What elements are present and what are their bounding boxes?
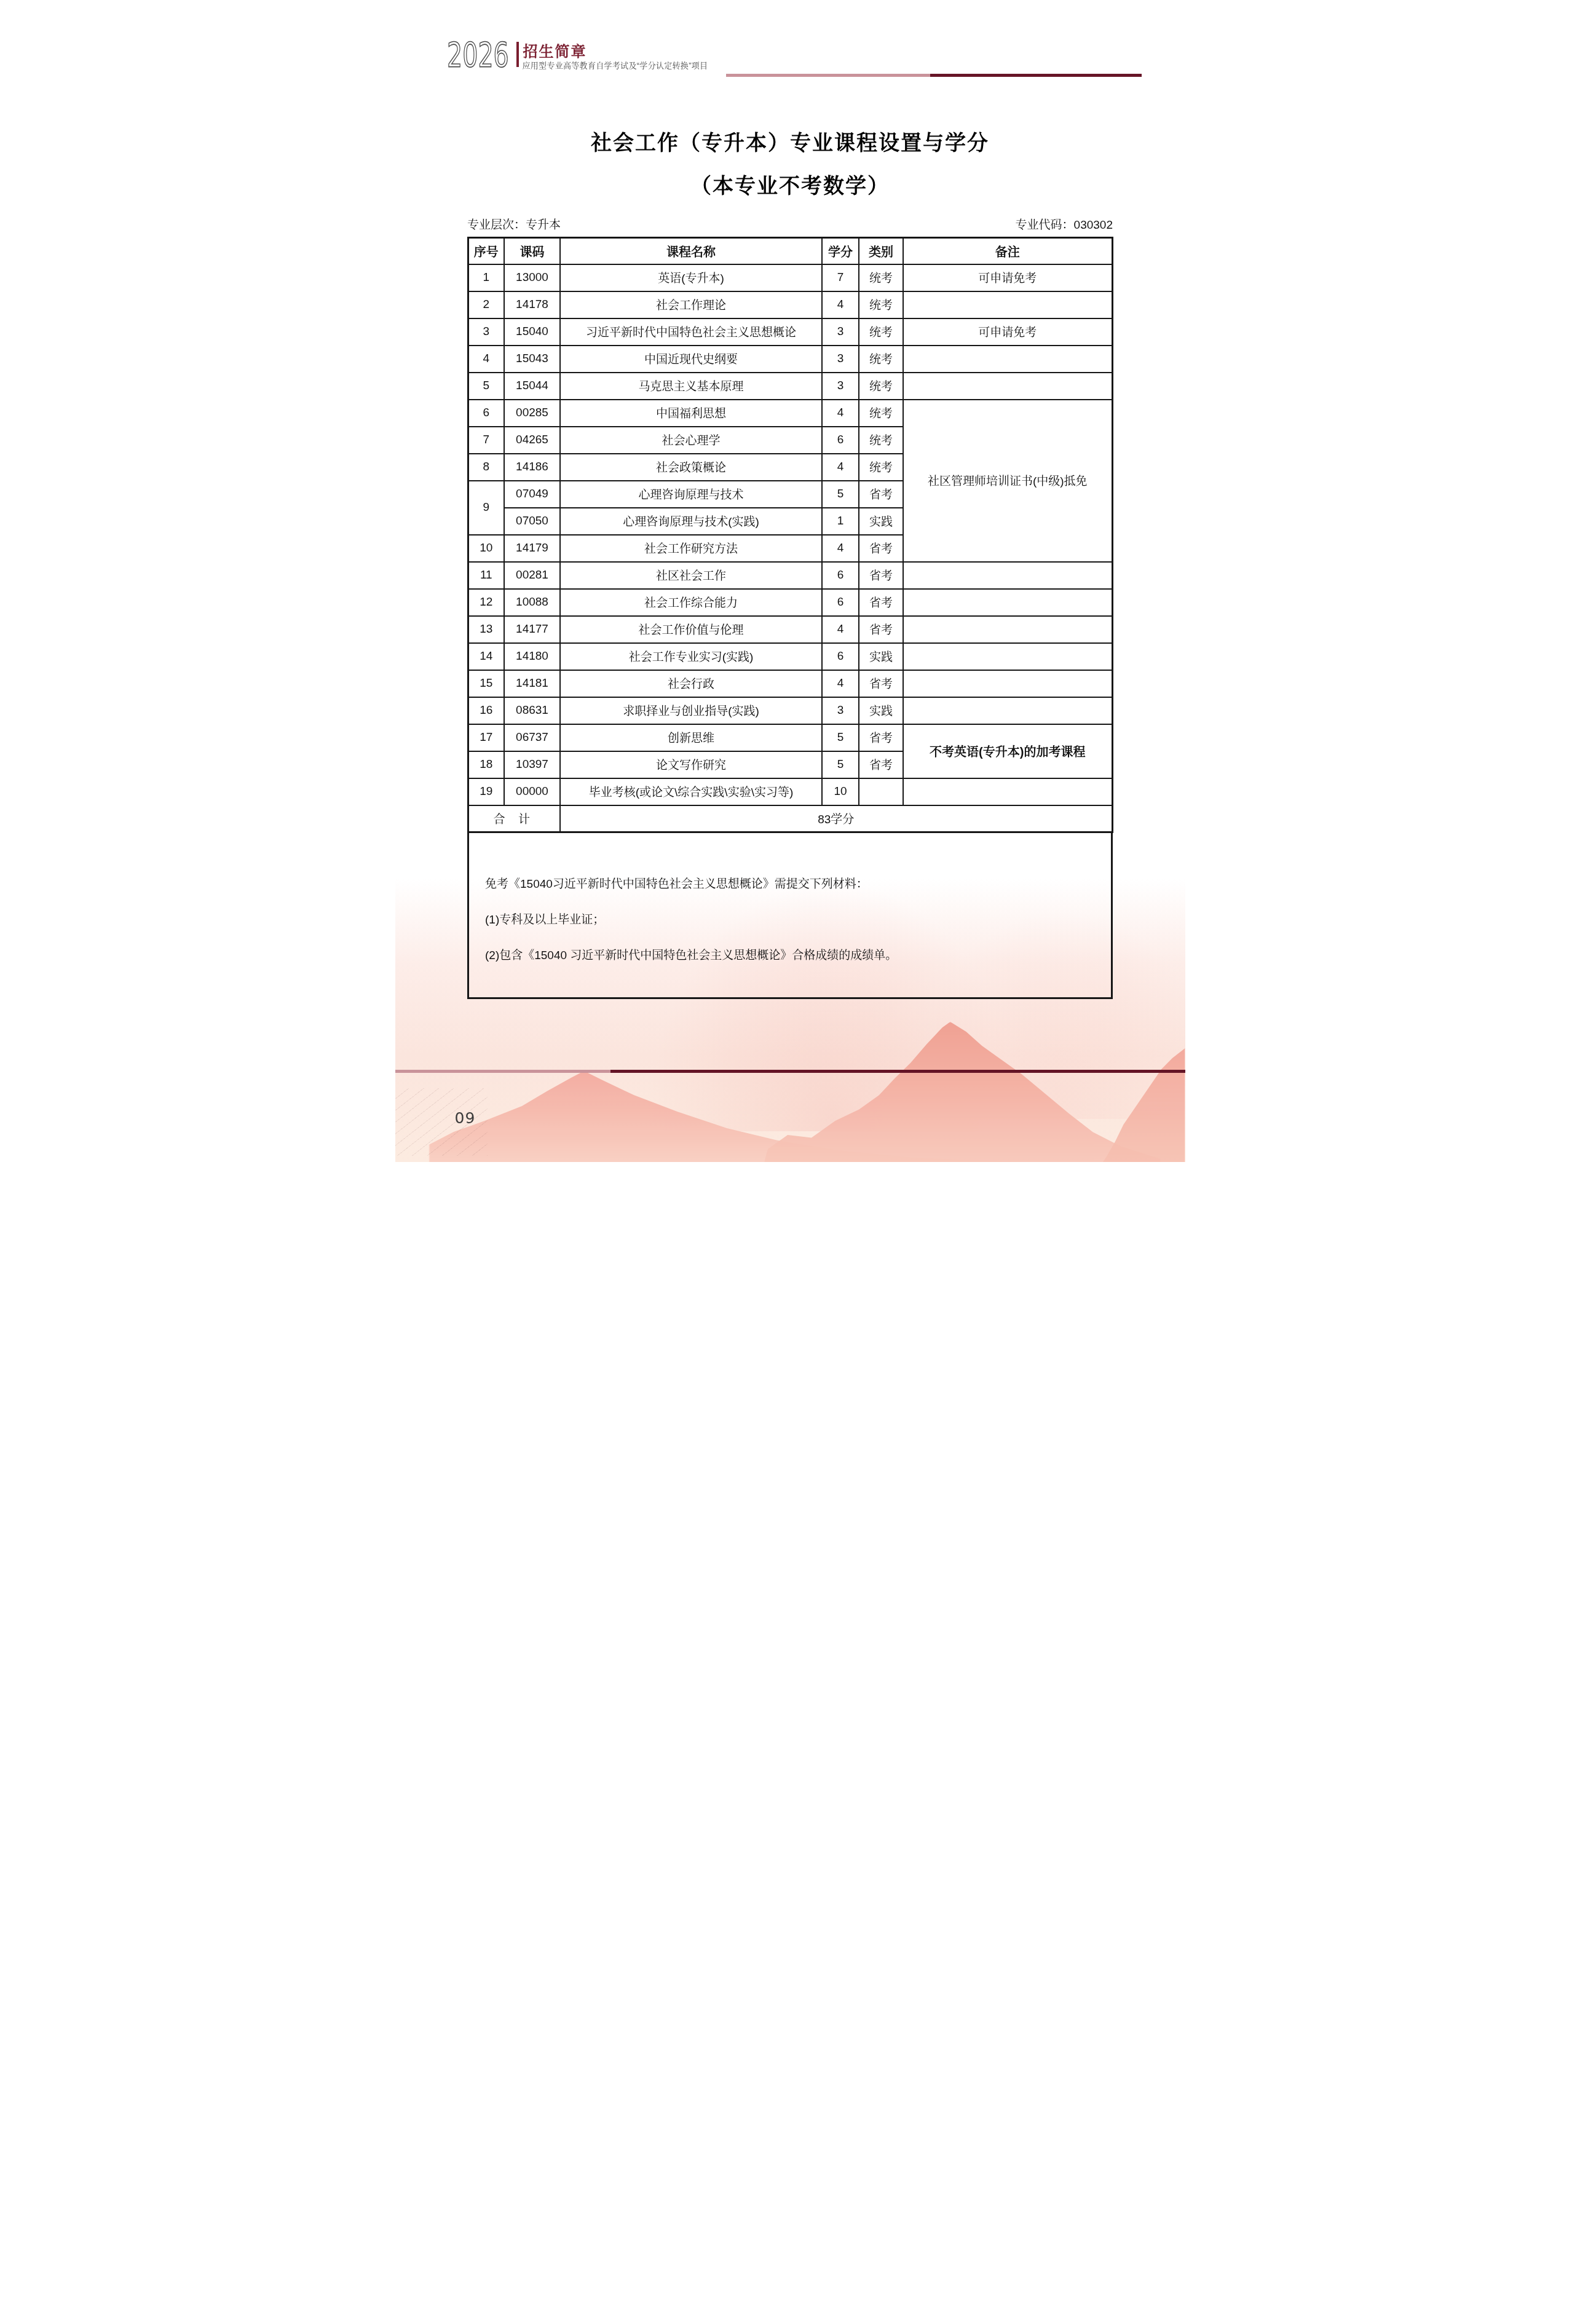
cell-code: 14178 (504, 291, 560, 318)
cell-no: 11 (468, 562, 504, 589)
cell-name: 中国近现代史纲要 (560, 346, 822, 373)
cell-remark (903, 589, 1112, 616)
cell-no: 17 (468, 724, 504, 751)
cell-type (859, 778, 903, 805)
cell-type: 省考 (859, 481, 903, 508)
note-item-1: (1)专科及以上毕业证； (485, 911, 1099, 927)
cell-no: 6 (468, 400, 504, 427)
cell-no: 12 (468, 589, 504, 616)
cell-credits: 3 (822, 697, 859, 724)
footer-rule-maroon-segment (610, 1070, 1185, 1073)
cell-no: 10 (468, 535, 504, 562)
meta-row: 专业层次：专升本 专业代码：030302 (467, 216, 1113, 232)
cell-type: 统考 (859, 291, 903, 318)
brochure-page: 09 2026 招生简章 应用型专业高等教育自学考试及“学分认定转换”项目 社会… (395, 0, 1185, 1162)
cell-credits: 3 (822, 318, 859, 346)
cell-credits: 6 (822, 589, 859, 616)
cell-credits: 5 (822, 751, 859, 778)
cell-code: 10397 (504, 751, 560, 778)
cell-remark (903, 291, 1112, 318)
cell-remark (903, 616, 1112, 643)
cell-credits: 7 (822, 264, 859, 291)
cell-credits: 4 (822, 454, 859, 481)
cell-type: 统考 (859, 318, 903, 346)
cell-type: 省考 (859, 535, 903, 562)
table-row: 1 13000 英语(专升本) 7 统考 可申请免考 (468, 264, 1112, 291)
cell-remark (903, 697, 1112, 724)
cell-type: 省考 (859, 751, 903, 778)
cell-code: 06737 (504, 724, 560, 751)
cell-name: 社会行政 (560, 670, 822, 697)
cell-credits: 6 (822, 643, 859, 670)
cell-code: 15040 (504, 318, 560, 346)
table-row: 3 15040 习近平新时代中国特色社会主义思想概论 3 统考 可申请免考 (468, 318, 1112, 346)
cell-credits: 5 (822, 724, 859, 751)
cell-credits: 4 (822, 535, 859, 562)
cell-name: 社区社会工作 (560, 562, 822, 589)
cell-no: 5 (468, 373, 504, 400)
cell-type: 省考 (859, 670, 903, 697)
cell-type: 实践 (859, 697, 903, 724)
cell-code: 07050 (504, 508, 560, 535)
cell-type: 统考 (859, 454, 903, 481)
cell-name: 英语(专升本) (560, 264, 822, 291)
cell-remark (903, 373, 1112, 400)
column-header-name: 课程名称 (560, 238, 822, 264)
cell-no: 15 (468, 670, 504, 697)
cell-no: 2 (468, 291, 504, 318)
major-code-label: 专业代码：030302 (1016, 216, 1113, 232)
cell-name: 心理咨询原理与技术 (560, 481, 822, 508)
cell-credits: 1 (822, 508, 859, 535)
cell-no-merged: 9 (468, 481, 504, 535)
exemption-notes-box: 免考《15040习近平新时代中国特色社会主义思想概论》需提交下列材料： (1)专… (467, 833, 1113, 999)
cell-name: 社会政策概论 (560, 454, 822, 481)
note-intro: 免考《15040习近平新时代中国特色社会主义思想概论》需提交下列材料： (485, 875, 1099, 891)
table-row: 19 00000 毕业考核(或论文\综合实践\实验\实习等) 10 (468, 778, 1112, 805)
column-header-code: 课码 (504, 238, 560, 264)
cell-name: 创新思维 (560, 724, 822, 751)
cell-code: 15044 (504, 373, 560, 400)
cell-code: 15043 (504, 346, 560, 373)
cell-name: 习近平新时代中国特色社会主义思想概论 (560, 318, 822, 346)
content-area: 社会工作（专升本）专业课程设置与学分 （本专业不考数学） 专业层次：专升本 专业… (395, 0, 1185, 999)
cell-type: 实践 (859, 508, 903, 535)
cell-no: 13 (468, 616, 504, 643)
cell-remark: 可申请免考 (903, 318, 1112, 346)
cell-code: 07049 (504, 481, 560, 508)
cell-no: 16 (468, 697, 504, 724)
major-level-label: 专业层次：专升本 (467, 216, 561, 232)
cell-code: 08631 (504, 697, 560, 724)
cell-no: 4 (468, 346, 504, 373)
table-row: 16 08631 求职择业与创业指导(实践) 3 实践 (468, 697, 1112, 724)
table-row: 5 15044 马克思主义基本原理 3 统考 (468, 373, 1112, 400)
cell-name: 社会工作综合能力 (560, 589, 822, 616)
cell-code: 14186 (504, 454, 560, 481)
cell-type: 省考 (859, 589, 903, 616)
cell-name: 论文写作研究 (560, 751, 822, 778)
cell-code: 14177 (504, 616, 560, 643)
cell-credits: 3 (822, 346, 859, 373)
cell-type: 统考 (859, 373, 903, 400)
cell-credits: 6 (822, 562, 859, 589)
cell-remark (903, 778, 1112, 805)
cell-credits: 4 (822, 291, 859, 318)
cell-code: 10088 (504, 589, 560, 616)
cell-name: 社会工作研究方法 (560, 535, 822, 562)
cell-no: 8 (468, 454, 504, 481)
table-row: 11 00281 社区社会工作 6 省考 (468, 562, 1112, 589)
cell-type: 统考 (859, 427, 903, 454)
cell-no: 19 (468, 778, 504, 805)
cell-type: 省考 (859, 616, 903, 643)
cell-credits: 4 (822, 400, 859, 427)
cell-name: 社会工作价值与伦理 (560, 616, 822, 643)
page-number: 09 (455, 1109, 476, 1127)
total-value-cell: 83学分 (560, 805, 1112, 832)
document-title-line2: （本专业不考数学） (395, 169, 1185, 199)
cell-type: 省考 (859, 562, 903, 589)
cell-name: 社会工作理论 (560, 291, 822, 318)
cell-credits: 6 (822, 427, 859, 454)
cell-remark-merged-cert: 社区管理师培训证书(中级)抵免 (903, 400, 1112, 562)
column-header-remark: 备注 (903, 238, 1112, 264)
document-title-line1: 社会工作（专升本）专业课程设置与学分 (395, 126, 1185, 156)
cell-remark-merged-extra: 不考英语(专升本)的加考课程 (903, 724, 1112, 778)
cell-name: 社会心理学 (560, 427, 822, 454)
cell-code: 00000 (504, 778, 560, 805)
column-header-no: 序号 (468, 238, 504, 264)
table-row: 17 06737 创新思维 5 省考 不考英语(专升本)的加考课程 (468, 724, 1112, 751)
cell-no: 14 (468, 643, 504, 670)
footer-rule (395, 1070, 1185, 1073)
cell-remark (903, 643, 1112, 670)
cell-no: 3 (468, 318, 504, 346)
cell-credits: 4 (822, 616, 859, 643)
cell-credits: 4 (822, 670, 859, 697)
cell-no: 18 (468, 751, 504, 778)
cell-remark: 可申请免考 (903, 264, 1112, 291)
course-table: 序号 课码 课程名称 学分 类别 备注 1 13000 英语(专升本) 7 统考… (467, 237, 1113, 833)
cell-type: 统考 (859, 346, 903, 373)
table-row: 15 14181 社会行政 4 省考 (468, 670, 1112, 697)
cell-no: 7 (468, 427, 504, 454)
cell-credits: 10 (822, 778, 859, 805)
cell-no: 1 (468, 264, 504, 291)
footer-rule-rose-segment (395, 1070, 610, 1073)
cell-name: 心理咨询原理与技术(实践) (560, 508, 822, 535)
table-row: 12 10088 社会工作综合能力 6 省考 (468, 589, 1112, 616)
cell-type: 统考 (859, 264, 903, 291)
table-total-row: 合 计 83学分 (468, 805, 1112, 832)
note-item-2: (2)包含《15040 习近平新时代中国特色社会主义思想概论》合格成绩的成绩单。 (485, 946, 1099, 963)
cell-name: 求职择业与创业指导(实践) (560, 697, 822, 724)
table-row: 4 15043 中国近现代史纲要 3 统考 (468, 346, 1112, 373)
cell-code: 14179 (504, 535, 560, 562)
total-label-cell: 合 计 (468, 805, 560, 832)
cell-code: 14181 (504, 670, 560, 697)
cell-name: 社会工作专业实习(实践) (560, 643, 822, 670)
cell-code: 04265 (504, 427, 560, 454)
cell-name: 毕业考核(或论文\综合实践\实验\实习等) (560, 778, 822, 805)
table-row: 14 14180 社会工作专业实习(实践) 6 实践 (468, 643, 1112, 670)
column-header-type: 类别 (859, 238, 903, 264)
table-row: 6 00285 中国福利思想 4 统考 社区管理师培训证书(中级)抵免 (468, 400, 1112, 427)
cell-type: 统考 (859, 400, 903, 427)
cell-credits: 3 (822, 373, 859, 400)
cell-name: 马克思主义基本原理 (560, 373, 822, 400)
cell-code: 00281 (504, 562, 560, 589)
cell-code: 14180 (504, 643, 560, 670)
cell-code: 13000 (504, 264, 560, 291)
cell-credits: 5 (822, 481, 859, 508)
column-header-credits: 学分 (822, 238, 859, 264)
table-row: 2 14178 社会工作理论 4 统考 (468, 291, 1112, 318)
table-header-row: 序号 课码 课程名称 学分 类别 备注 (468, 238, 1112, 264)
cell-remark (903, 562, 1112, 589)
cell-name: 中国福利思想 (560, 400, 822, 427)
cell-remark (903, 346, 1112, 373)
cell-remark (903, 670, 1112, 697)
table-row: 13 14177 社会工作价值与伦理 4 省考 (468, 616, 1112, 643)
cell-code: 00285 (504, 400, 560, 427)
cell-type: 实践 (859, 643, 903, 670)
cell-type: 省考 (859, 724, 903, 751)
